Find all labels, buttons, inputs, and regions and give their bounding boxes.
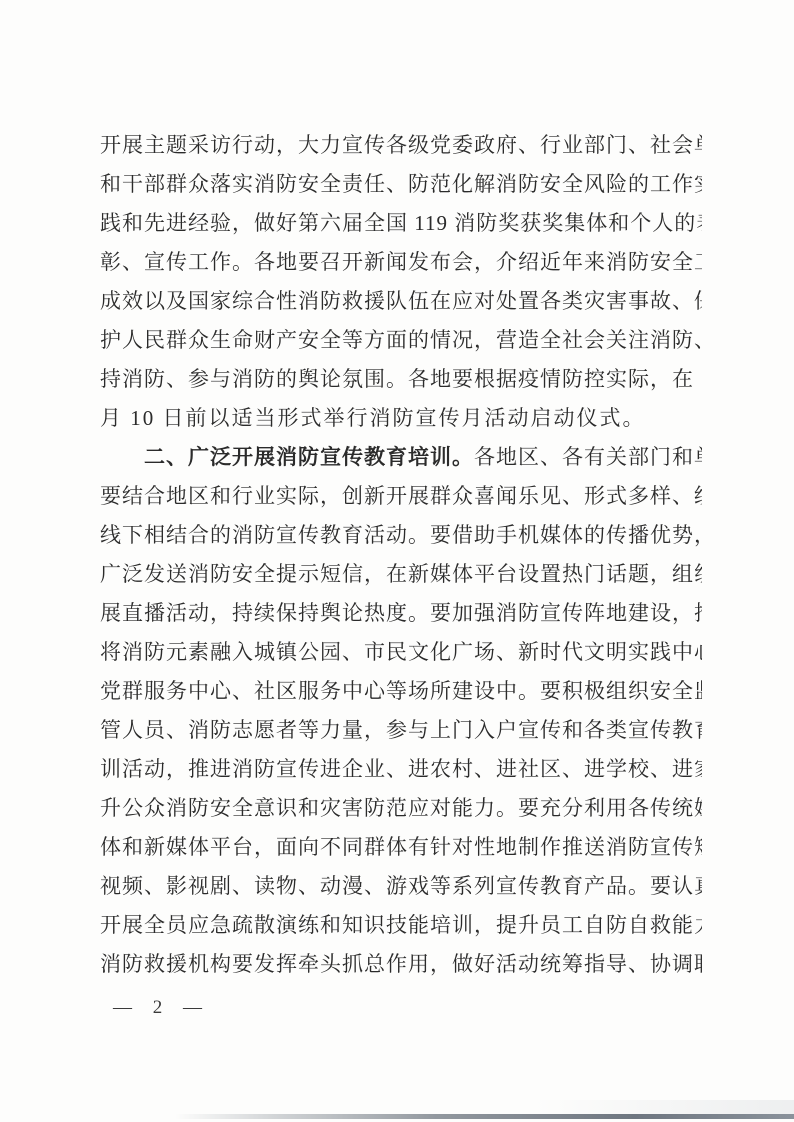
text-line: 护人民群众生命财产安全等方面的情况，营造全社会关注消防、支 xyxy=(100,321,702,360)
text-line: 和干部群众落实消防安全责任、防范化解消防安全风险的工作实 xyxy=(100,165,702,204)
text-line: 践和先进经验，做好第六届全国 119 消防奖获奖集体和个人的表 xyxy=(100,204,702,243)
page-footer: — 2 — xyxy=(113,997,203,1019)
text-line: 展直播活动，持续保持舆论热度。要加强消防宣传阵地建设，推动 xyxy=(100,594,702,633)
text-line: 开展全员应急疏散演练和知识技能培训，提升员工自防自救能力。 xyxy=(100,906,702,945)
text-line: 月 10 日前以适当形式举行消防宣传月活动启动仪式。 xyxy=(100,399,702,438)
text-line: 要结合地区和行业实际，创新开展群众喜闻乐见、形式多样、线上 xyxy=(100,477,702,516)
text-line: 管人员、消防志愿者等力量，参与上门入户宣传和各类宣传教育培 xyxy=(100,711,702,750)
text-line: 成效以及国家综合性消防救援队伍在应对处置各类灾害事故、保 xyxy=(100,282,702,321)
document-body: 开展主题采访行动，大力宣传各级党委政府、行业部门、社会单位 和干部群众落实消防安… xyxy=(100,126,702,984)
text-line: 广泛发送消防安全提示短信，在新媒体平台设置热门话题，组织开 xyxy=(100,555,702,594)
paragraph-section-two: 二、广泛开展消防宣传教育培训。各地区、各有关部门和单位 要结合地区和行业实际，创… xyxy=(100,438,702,984)
scan-edge-shadow xyxy=(0,1114,794,1119)
text-line: 消防救援机构要发挥牵头抓总作用，做好活动统筹指导、协调联 xyxy=(100,945,702,984)
text-line: 党群服务中心、社区服务中心等场所建设中。要积极组织安全监 xyxy=(100,672,702,711)
section-heading: 二、广泛开展消防宣传教育培训。 xyxy=(144,446,474,469)
page-number: — 2 — xyxy=(113,997,203,1018)
paragraph-continuation: 开展主题采访行动，大力宣传各级党委政府、行业部门、社会单位 和干部群众落实消防安… xyxy=(100,126,702,438)
text-line: 训活动，推进消防宣传进企业、进农村、进社区、进学校、进家庭，提 xyxy=(100,750,702,789)
text-line: 升公众消防安全意识和灾害防范应对能力。要充分利用各传统媒 xyxy=(100,789,702,828)
text-line: 视频、影视剧、读物、动漫、游戏等系列宣传教育产品。要认真组织 xyxy=(100,867,702,906)
text-line: 将消防元素融入城镇公园、市民文化广场、新时代文明实践中心、 xyxy=(100,633,702,672)
text-line: 持消防、参与消防的舆论氛围。各地要根据疫情防控实际，在 11 xyxy=(100,360,702,399)
text-line: 体和新媒体平台，面向不同群体有针对性地制作推送消防宣传短 xyxy=(100,828,702,867)
text-line: 二、广泛开展消防宣传教育培训。各地区、各有关部门和单位 xyxy=(100,438,702,477)
section-heading-tail: 各地区、各有关部门和单位 xyxy=(474,445,702,469)
text-line: 彰、宣传工作。各地要召开新闻发布会，介绍近年来消防安全工作 xyxy=(100,243,702,282)
text-line: 开展主题采访行动，大力宣传各级党委政府、行业部门、社会单位 xyxy=(100,126,702,165)
document-page: 开展主题采访行动，大力宣传各级党委政府、行业部门、社会单位 和干部群众落实消防安… xyxy=(0,0,794,1122)
text-line: 线下相结合的消防宣传教育活动。要借助手机媒体的传播优势， xyxy=(100,516,702,555)
scan-noise xyxy=(534,1100,794,1114)
